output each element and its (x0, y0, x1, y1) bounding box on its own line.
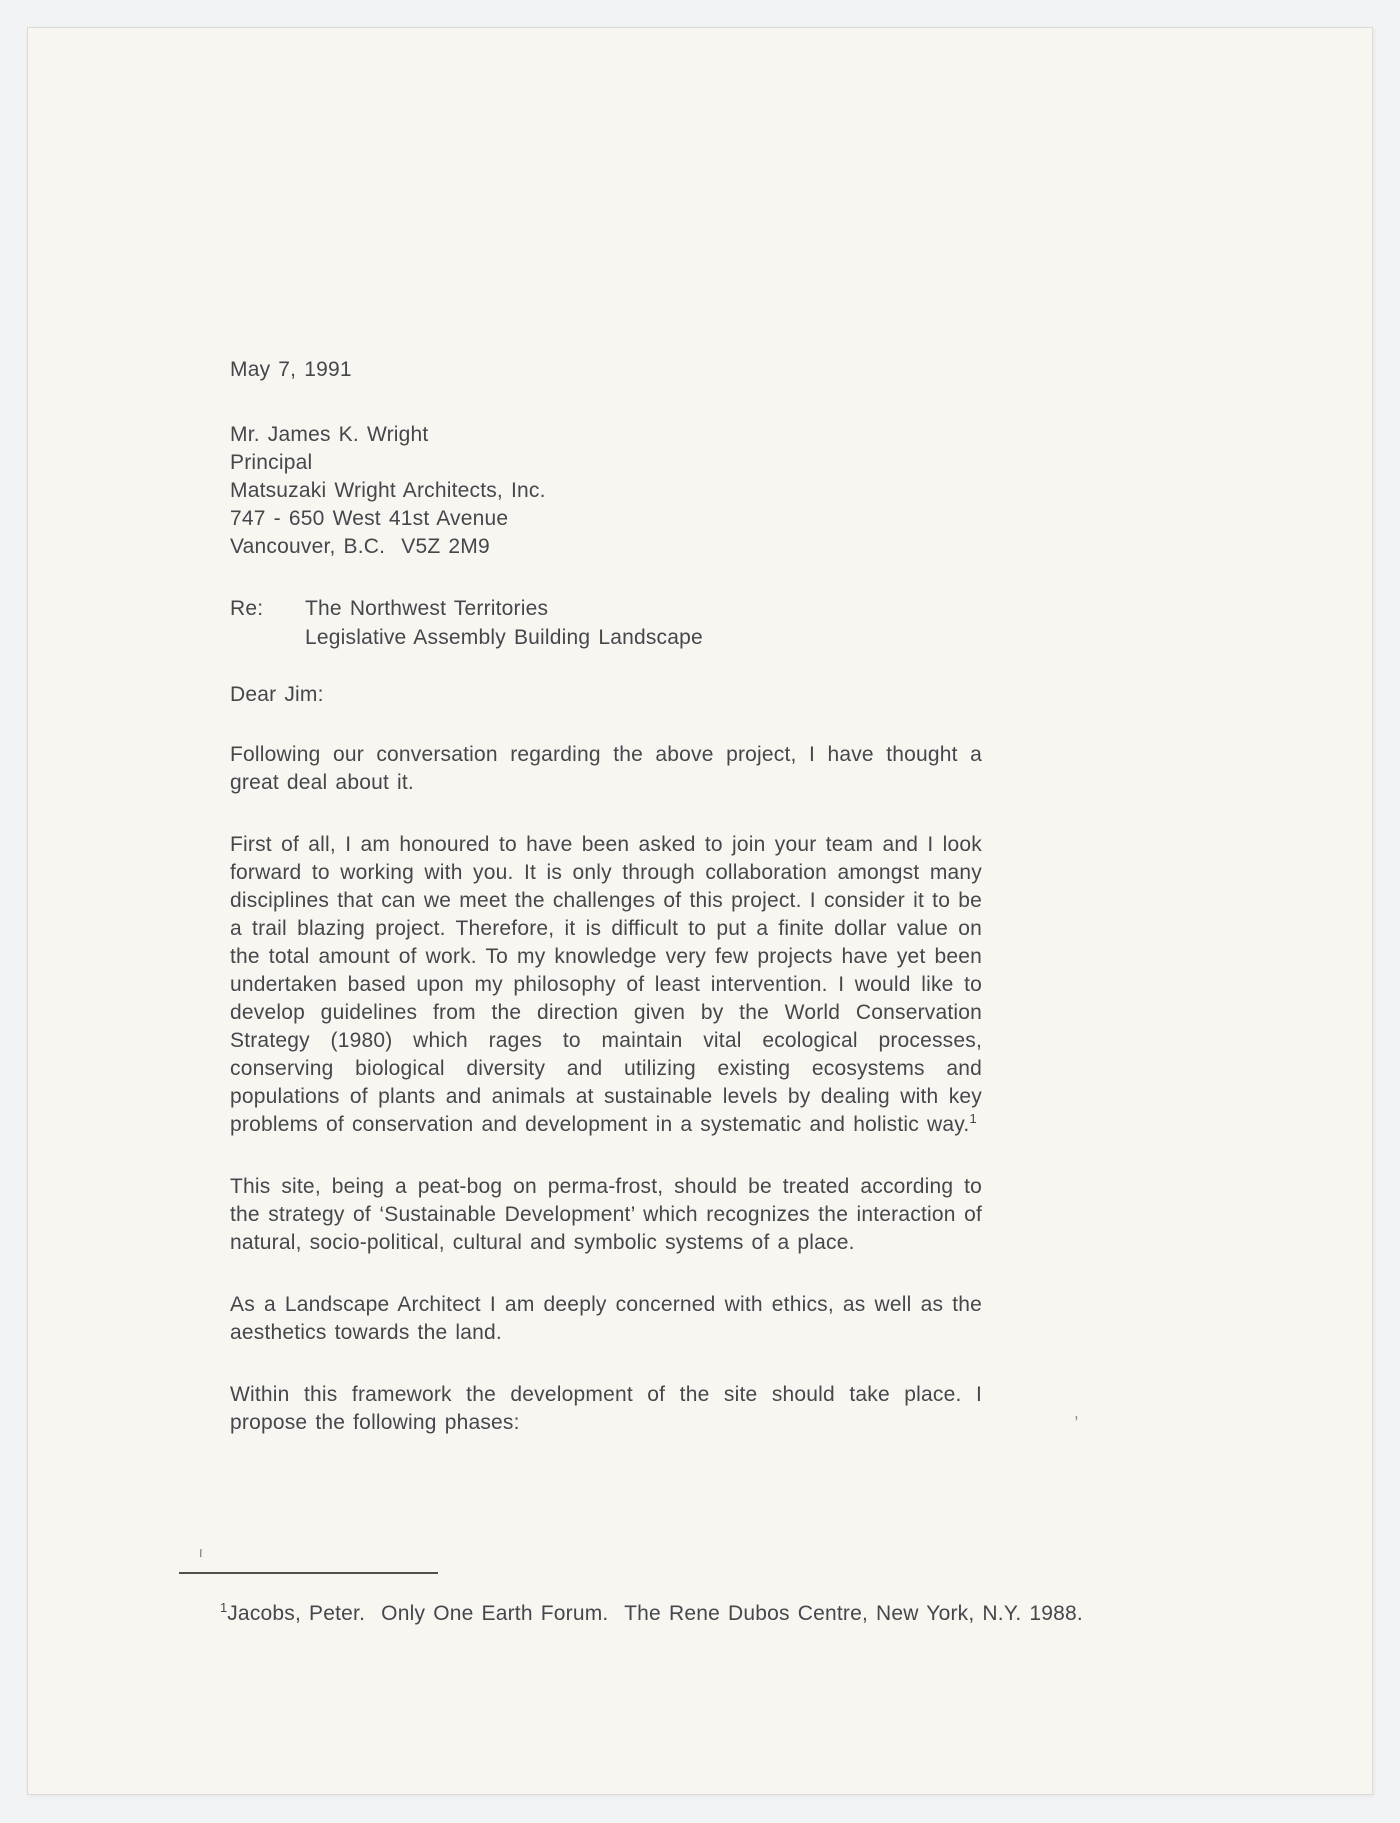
paragraph-2: First of all, I am honoured to have been… (230, 831, 982, 1139)
paragraph-1-text: Following our conversation regarding the… (230, 743, 982, 794)
scan-artifact-speck: , (1074, 1404, 1079, 1421)
paragraph-1: Following our conversation regarding the… (230, 741, 982, 797)
recipient-city: Vancouver, B.C. V5Z 2M9 (230, 533, 982, 561)
subject-line-1: The Northwest Territories (305, 594, 703, 623)
paragraph-5: Within this framework the development of… (230, 1381, 982, 1437)
subject-label: Re: (230, 594, 305, 652)
subject-block: Re: The Northwest Territories Legislativ… (230, 594, 982, 652)
paragraph-4-text: As a Landscape Architect I am deeply con… (230, 1293, 982, 1344)
paragraph-3-text: This site, being a peat-bog on perma-fro… (230, 1175, 982, 1254)
scan-artifact-curl: ι (198, 1544, 204, 1561)
subject-line-2: Legislative Assembly Building Landscape (305, 623, 703, 652)
recipient-street: 747 - 650 West 41st Avenue (230, 505, 982, 533)
subject-lines: The Northwest Territories Legislative As… (305, 594, 703, 652)
footnote-divider-rule (179, 1572, 438, 1574)
letter-paper-sheet: May 7, 1991 Mr. James K. Wright Principa… (27, 27, 1373, 1795)
recipient-name: Mr. James K. Wright (230, 421, 982, 449)
letter-body: May 7, 1991 Mr. James K. Wright Principa… (230, 356, 982, 1437)
footnote-section: 1Jacobs, Peter. Only One Earth Forum. Th… (179, 1572, 1259, 1628)
scanned-letter-page: May 7, 1991 Mr. James K. Wright Principa… (0, 0, 1400, 1823)
paragraph-5-text: Within this framework the development of… (230, 1383, 982, 1434)
footnote-text-line: 1Jacobs, Peter. Only One Earth Forum. Th… (179, 1600, 1259, 1628)
paragraph-4: As a Landscape Architect I am deeply con… (230, 1291, 982, 1347)
recipient-address-block: Mr. James K. Wright Principal Matsuzaki … (230, 421, 982, 561)
recipient-title: Principal (230, 449, 982, 477)
recipient-company: Matsuzaki Wright Architects, Inc. (230, 477, 982, 505)
paragraph-2-text: First of all, I am honoured to have been… (230, 833, 982, 1136)
footnote-reference-marker: 1 (969, 1111, 976, 1126)
letter-date: May 7, 1991 (230, 356, 982, 384)
salutation: Dear Jim: (230, 681, 982, 709)
footnote-citation: Jacobs, Peter. Only One Earth Forum. The… (227, 1602, 1083, 1625)
paragraph-3: This site, being a peat-bog on perma-fro… (230, 1173, 982, 1257)
